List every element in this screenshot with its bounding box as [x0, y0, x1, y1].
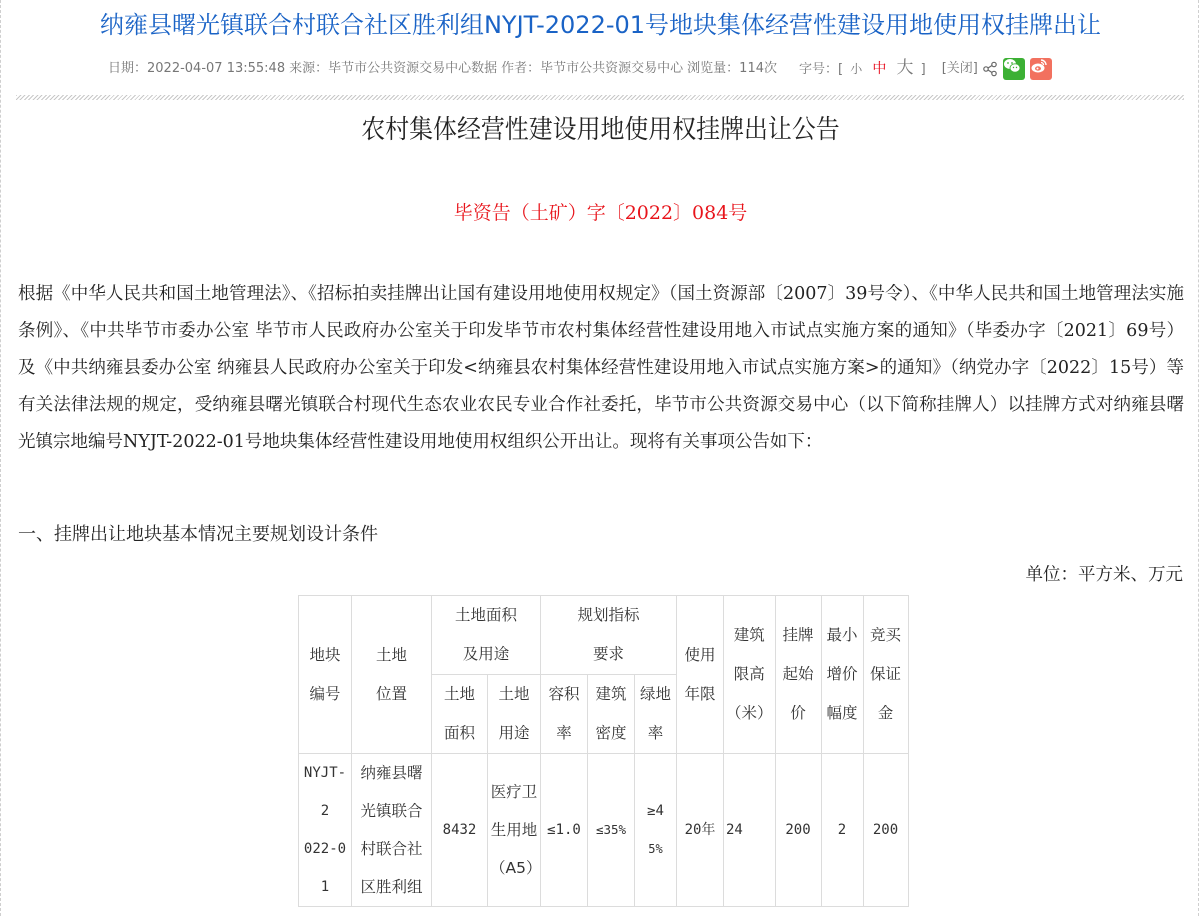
table-row: NYJT-2 022-01 纳雍县曙 光镇联合 村联合社 区胜利组 8432 医… [299, 754, 909, 907]
source-label: 来源： [289, 58, 328, 80]
font-size-control: 字号：[ 小 中 大 ] [799, 57, 926, 81]
table-header-row: 地块 编号 土地 位置 土地面积 及用途 规划指标 要求 使用 年限 建筑 限高… [299, 596, 909, 675]
cell-land-use: 医疗卫 生用地 （A5） [488, 754, 541, 907]
header-planning-group: 规划指标 要求 [541, 596, 677, 675]
section-heading-1: 一、挂牌出让地块基本情况主要规划设计条件 [18, 518, 378, 552]
cell-start-price: 200 [775, 754, 821, 907]
unit-label: 单位：平方米、万元 [1026, 558, 1184, 592]
header-start-price: 挂牌 起始 价 [775, 596, 821, 754]
close-link[interactable]: [关闭] [942, 58, 978, 80]
wechat-icon [1003, 58, 1021, 74]
header-min-increment: 最小 增价 幅度 [821, 596, 863, 754]
date-value: 2022-04-07 13:55:48 [147, 58, 285, 80]
header-land-area: 土地 面积 [432, 675, 488, 754]
header-term: 使用 年限 [677, 596, 724, 754]
font-size-label: 字号：[ [799, 59, 843, 81]
wechat-share-button[interactable] [1003, 58, 1025, 80]
weibo-share-button[interactable] [1030, 58, 1052, 80]
document-heading: 农村集体经营性建设用地使用权挂牌出让公告 [48, 110, 1153, 150]
font-size-small[interactable]: 小 [850, 58, 862, 80]
cell-parcel-no: NYJT-2 022-01 [299, 754, 352, 907]
land-parcel-table: 地块 编号 土地 位置 土地面积 及用途 规划指标 要求 使用 年限 建筑 限高… [298, 595, 909, 907]
header-area-use-group: 土地面积 及用途 [432, 596, 541, 675]
author-label: 作者： [501, 58, 540, 80]
cell-location: 纳雍县曙 光镇联合 村联合社 区胜利组 [352, 754, 432, 907]
views-value: 114次 [739, 58, 777, 80]
header-location: 土地 位置 [352, 596, 432, 754]
article-meta: 日期： 2022-04-07 13:55:48 来源： 毕节市公共资源交易中心数… [108, 58, 1052, 80]
font-size-close-bracket: ] [921, 59, 926, 81]
header-plot-ratio: 容积 率 [541, 675, 588, 754]
cell-min-increment: 2 [821, 754, 863, 907]
intro-paragraph: 根据《中华人民共和国土地管理法》、《招标拍卖挂牌出让国有建设用地使用权规定》（国… [18, 276, 1184, 461]
header-land-use: 土地 用途 [488, 675, 541, 754]
share-icon[interactable] [982, 61, 998, 77]
cell-green-ratio: ≥4 5% [635, 754, 677, 907]
cell-term: 20年 [677, 754, 724, 907]
header-parcel-no: 地块 编号 [299, 596, 352, 754]
date-label: 日期： [108, 58, 147, 80]
cell-building-density: ≤35% [588, 754, 635, 907]
header-height-limit: 建筑 限高 （米） [724, 596, 776, 754]
cell-plot-ratio: ≤1.0 [541, 754, 588, 907]
source-value: 毕节市公共资源交易中心数据 [328, 58, 497, 80]
cell-land-area: 8432 [432, 754, 488, 907]
article-title: 纳雍县曙光镇联合村联合社区胜利组NYJT-2022-01号地块集体经营性建设用地… [0, 8, 1201, 42]
font-size-large[interactable]: 大 [897, 57, 914, 79]
cell-height-limit: 24 [724, 754, 776, 907]
views-label: 浏览量： [687, 58, 739, 80]
author-value: 毕节市公共资源交易中心 [540, 58, 683, 80]
weibo-icon [1030, 58, 1048, 74]
divider [16, 95, 1184, 100]
header-green-ratio: 绿地 率 [635, 675, 677, 754]
header-deposit: 竞买 保证 金 [863, 596, 908, 754]
font-size-medium[interactable]: 中 [872, 58, 886, 80]
document-number: 毕资告（土矿）字〔2022〕084号 [0, 198, 1201, 228]
cell-deposit: 200 [863, 754, 908, 907]
header-building-density: 建筑 密度 [588, 675, 635, 754]
